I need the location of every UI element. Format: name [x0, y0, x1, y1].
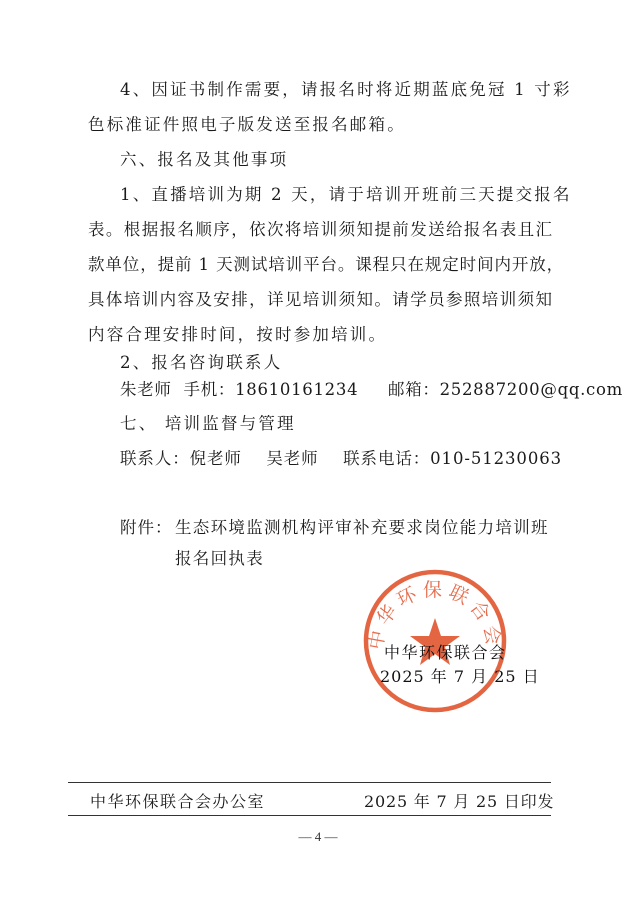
footer-top-rule: [68, 782, 551, 783]
page-number: — 4 —: [0, 829, 636, 845]
paragraph-line: 4、因证书制作需要，请报名时将近期蓝底免冠 1 寸彩: [120, 80, 572, 100]
paragraph-line: 内容合理安排时间，按时参加培训。: [88, 325, 387, 345]
contact-heading: 2、报名咨询联系人: [120, 353, 282, 373]
footer-office: 中华环保联合会办公室: [90, 789, 265, 812]
contact-info-zhu: 朱老师 手机：18610161234 邮箱：252887200@qq.com: [120, 380, 623, 400]
paragraph-line: 款单位，提前 1 天测试培训平台。课程只在规定时间内开放，: [88, 255, 564, 275]
paragraph-line: 色标准证件照电子版发送至报名邮箱。: [88, 115, 406, 135]
attachment-title-line1: 生态环境监测机构评审补充要求岗位能力培训班: [175, 518, 549, 538]
paragraph-line: 表。根据报名顺序，依次将培训须知提前发送给报名表且汇: [88, 220, 553, 240]
attachment-title-line2: 报名回执表: [175, 549, 264, 569]
paragraph-line: 1、直播培训为期 2 天，请于培训开班前三天提交报名: [120, 185, 572, 205]
supervision-contact: 联系人：倪老师 吴老师 联系电话：010-51230063: [120, 449, 562, 469]
paragraph-line: 具体培训内容及安排，详见培训须知。请学员参照培训须知: [88, 290, 553, 310]
footer-print-date: 2025 年 7 月 25 日印发: [364, 789, 554, 812]
signature-date: 2025 年 7 月 25 日: [380, 664, 540, 687]
signature-org: 中华环保联合会: [384, 640, 507, 663]
attachment-label: 附件：: [120, 518, 173, 538]
section-heading: 六、报名及其他事项: [120, 150, 288, 170]
footer-bottom-rule: [68, 815, 551, 816]
section-heading: 七、 培训监督与管理: [120, 414, 296, 434]
